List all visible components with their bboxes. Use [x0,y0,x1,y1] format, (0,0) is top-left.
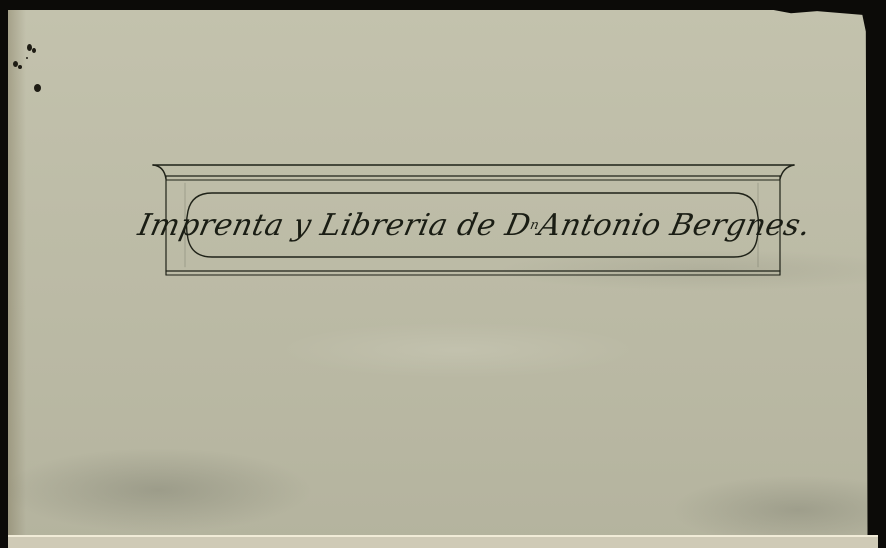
printer-name-inscription: Imprenta y Libreria de Dn Antonio Bergne… [185,193,764,257]
ink-spot [18,65,22,69]
ink-spot [32,48,36,53]
scanned-document: Imprenta y Libreria de Dn Antonio Bergne… [0,0,886,548]
title-plate: Imprenta y Libreria de Dn Antonio Bergne… [152,163,795,278]
paper-sheet [8,10,878,548]
lower-page-edge [8,535,878,548]
ink-spot [34,84,41,92]
inscription-text-name: Antonio Bergnes. [536,208,814,243]
ink-spot [26,57,28,59]
inscription-text: Imprenta y Libreria de D [135,208,534,243]
